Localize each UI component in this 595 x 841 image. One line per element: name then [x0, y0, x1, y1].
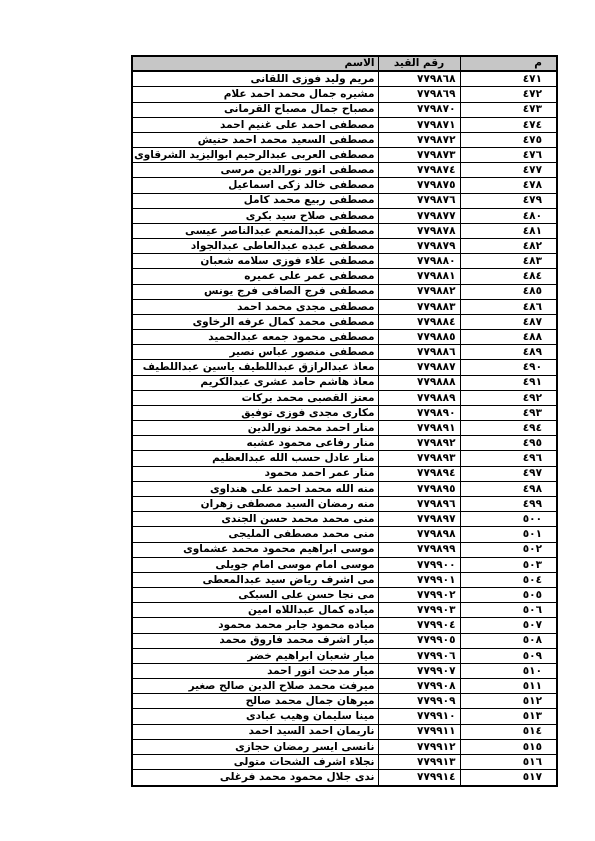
table-row: ٥٠٦٧٧٩٩٠٣مياده كمال عبداللاه امين: [132, 603, 557, 618]
registration-number-cell: ٧٧٩٨٨١: [378, 269, 460, 284]
serial-cell: ٥٠٠: [460, 512, 557, 527]
table-row: ٤٩٢٧٧٩٨٨٩معتز القصبى محمد بركات: [132, 390, 557, 405]
table-row: ٤٧٥٧٧٩٨٧٢مصطفى السعيد محمد احمد حنيش: [132, 132, 557, 147]
table-row: ٤٩٩٧٧٩٨٩٦منه رمضان السيد مصطفى زهران: [132, 496, 557, 511]
table-row: ٥٠٣٧٧٩٩٠٠موسى امام موسى امام جويلى: [132, 557, 557, 572]
name-cell: مشيره جمال محمد احمد علام: [132, 87, 378, 102]
table-row: ٤٩٧٧٧٩٨٩٤منار عمر احمد محمود: [132, 466, 557, 481]
serial-cell: ٥٠٩: [460, 648, 557, 663]
table-row: ٥١٧٧٧٩٩١٤ندى جلال محمود محمد فرغلى: [132, 770, 557, 786]
serial-cell: ٥١٢: [460, 694, 557, 709]
table-row: ٤٩٠٧٧٩٨٨٧معاذ عبدالرازق عبداللطيف ياسين …: [132, 360, 557, 375]
name-cell: مصطفى عمر على عميره: [132, 269, 378, 284]
student-roster-table: م رقم القيد الاسم ٤٧١٧٧٩٨٦٨مريم وليد فوز…: [131, 55, 558, 787]
serial-cell: ٥٠٣: [460, 557, 557, 572]
table-row: ٥١٥٧٧٩٩١٢نانسى ايسر رمضان حجازى: [132, 739, 557, 754]
registration-number-cell: ٧٧٩٨٧٤: [378, 163, 460, 178]
registration-number-cell: ٧٧٩٩٠٤: [378, 618, 460, 633]
registration-number-cell: ٧٧٩٨٧٠: [378, 102, 460, 117]
name-cell: مصطفى محمود جمعه عبدالحميد: [132, 330, 378, 345]
name-cell: نجلاء اشرف الشحات متولى: [132, 754, 378, 769]
table-row: ٤٩٦٧٧٩٨٩٣منار عادل حسب الله عبدالعظيم: [132, 451, 557, 466]
table-row: ٤٧٦٧٧٩٨٧٣مصطفى العربى عبدالرحيم ابواليزي…: [132, 148, 557, 163]
registration-number-cell: ٧٧٩٨٨٤: [378, 314, 460, 329]
name-cell: مصطفى احمد على غنيم احمد: [132, 117, 378, 132]
registration-number-cell: ٧٧٩٩١٤: [378, 770, 460, 786]
table-row: ٤٨٩٧٧٩٨٨٦مصطفى منصور عباس نصير: [132, 345, 557, 360]
serial-cell: ٥٠١: [460, 527, 557, 542]
serial-cell: ٤٨٩: [460, 345, 557, 360]
table-row: ٤٩٣٧٧٩٨٩٠مكارى مجدى فوزى توفيق: [132, 405, 557, 420]
serial-cell: ٤٧٢: [460, 87, 557, 102]
serial-cell: ٥١١: [460, 679, 557, 694]
registration-number-cell: ٧٧٩٨٨٦: [378, 345, 460, 360]
registration-number-cell: ٧٧٩٨٧١: [378, 117, 460, 132]
name-cell: منه رمضان السيد مصطفى زهران: [132, 496, 378, 511]
registration-number-cell: ٧٧٩٨٩٣: [378, 451, 460, 466]
registration-number-cell: ٧٧٩٨٧٧: [378, 208, 460, 223]
serial-cell: ٤٧٧: [460, 163, 557, 178]
header-serial: م: [460, 56, 557, 71]
registration-number-cell: ٧٧٩٨٨٨: [378, 375, 460, 390]
serial-cell: ٤٩٣: [460, 405, 557, 420]
serial-cell: ٤٩١: [460, 375, 557, 390]
table-row: ٤٧٢٧٧٩٨٦٩مشيره جمال محمد احمد علام: [132, 87, 557, 102]
registration-number-cell: ٧٧٩٨٧٢: [378, 132, 460, 147]
table-row: ٤٨٧٧٧٩٨٨٤مصطفى محمد كمال عرفه الرخاوى: [132, 314, 557, 329]
registration-number-cell: ٧٧٩٨٨٠: [378, 254, 460, 269]
registration-number-cell: ٧٧٩٨٩٧: [378, 512, 460, 527]
table-row: ٥٠٢٧٧٩٨٩٩موسى ابراهيم محمود محمد عشماوى: [132, 542, 557, 557]
name-cell: منار رفاعى محمود عشبه: [132, 436, 378, 451]
registration-number-cell: ٧٧٩٩٠٩: [378, 694, 460, 709]
serial-cell: ٥١٥: [460, 739, 557, 754]
name-cell: نانسى ايسر رمضان حجازى: [132, 739, 378, 754]
serial-cell: ٥١٤: [460, 724, 557, 739]
serial-cell: ٥٠٦: [460, 603, 557, 618]
registration-number-cell: ٧٧٩٨٦٩: [378, 87, 460, 102]
registration-number-cell: ٧٧٩٩٠٠: [378, 557, 460, 572]
header-name: الاسم: [132, 56, 378, 71]
name-cell: ندى جلال محمود محمد فرغلى: [132, 770, 378, 786]
registration-number-cell: ٧٧٩٩١٣: [378, 754, 460, 769]
name-cell: مصطفى ربيع محمد كامل: [132, 193, 378, 208]
registration-number-cell: ٧٧٩٨٧٥: [378, 178, 460, 193]
registration-number-cell: ٧٧٩٨٩٨: [378, 527, 460, 542]
table-row: ٤٩٥٧٧٩٨٩٢منار رفاعى محمود عشبه: [132, 436, 557, 451]
serial-cell: ٥٠٧: [460, 618, 557, 633]
serial-cell: ٥١٧: [460, 770, 557, 786]
serial-cell: ٤٩٩: [460, 496, 557, 511]
registration-number-cell: ٧٧٩٩٠١: [378, 572, 460, 587]
name-cell: معاذ هاشم حامد عشرى عبدالكريم: [132, 375, 378, 390]
registration-number-cell: ٧٧٩٨٨٧: [378, 360, 460, 375]
name-cell: مصطفى فرج الصافى فرج يونس: [132, 284, 378, 299]
registration-number-cell: ٧٧٩٩٠٥: [378, 633, 460, 648]
registration-number-cell: ٧٧٩٨٩٦: [378, 496, 460, 511]
header-row: م رقم القيد الاسم: [132, 56, 557, 71]
serial-cell: ٤٨٧: [460, 314, 557, 329]
serial-cell: ٤٨١: [460, 223, 557, 238]
name-cell: موسى امام موسى امام جويلى: [132, 557, 378, 572]
serial-cell: ٤٨٦: [460, 299, 557, 314]
name-cell: مريم وليد فوزى اللقانى: [132, 71, 378, 87]
table-row: ٥١٣٧٧٩٩١٠مينا سليمان وهيب عبادى: [132, 709, 557, 724]
table-row: ٤٨٢٧٧٩٨٧٩مصطفى عبده عبدالعاطى عبدالجواد: [132, 239, 557, 254]
serial-cell: ٤٩٥: [460, 436, 557, 451]
table-row: ٥٠١٧٧٩٨٩٨منى محمد مصطفى المليجى: [132, 527, 557, 542]
name-cell: مصطفى منصور عباس نصير: [132, 345, 378, 360]
name-cell: منار عادل حسب الله عبدالعظيم: [132, 451, 378, 466]
table-row: ٤٧١٧٧٩٨٦٨مريم وليد فوزى اللقانى: [132, 71, 557, 87]
name-cell: ميار شعبان ابراهيم خضر: [132, 648, 378, 663]
table-row: ٥١٠٧٧٩٩٠٧ميار مدحت انور احمد: [132, 663, 557, 678]
table-row: ٥١٢٧٧٩٩٠٩ميرهان جمال محمد صالح: [132, 694, 557, 709]
registration-number-cell: ٧٧٩٨٩١: [378, 421, 460, 436]
name-cell: معتز القصبى محمد بركات: [132, 390, 378, 405]
registration-number-cell: ٧٧٩٩١١: [378, 724, 460, 739]
name-cell: مصطفى مجدى محمد احمد: [132, 299, 378, 314]
serial-cell: ٤٧٩: [460, 193, 557, 208]
table-row: ٤٧٧٧٧٩٨٧٤مصطفى انور نورالدين مرسى: [132, 163, 557, 178]
serial-cell: ٤٨٠: [460, 208, 557, 223]
serial-cell: ٤٨٢: [460, 239, 557, 254]
registration-number-cell: ٧٧٩٨٧٣: [378, 148, 460, 163]
name-cell: موسى ابراهيم محمود محمد عشماوى: [132, 542, 378, 557]
registration-number-cell: ٧٧٩٨٩٩: [378, 542, 460, 557]
registration-number-cell: ٧٧٩٨٧٨: [378, 223, 460, 238]
registration-number-cell: ٧٧٩٩٠٨: [378, 679, 460, 694]
serial-cell: ٤٨٨: [460, 330, 557, 345]
registration-number-cell: ٧٧٩٨٩٠: [378, 405, 460, 420]
table-body: ٤٧١٧٧٩٨٦٨مريم وليد فوزى اللقانى٤٧٢٧٧٩٨٦٩…: [132, 71, 557, 786]
serial-cell: ٤٨٣: [460, 254, 557, 269]
table-row: ٥٠٧٧٧٩٩٠٤مياده محمود جابر محمد محمود: [132, 618, 557, 633]
table-header: م رقم القيد الاسم: [132, 56, 557, 71]
registration-number-cell: ٧٧٩٨٧٩: [378, 239, 460, 254]
table-row: ٤٨٤٧٧٩٨٨١مصطفى عمر على عميره: [132, 269, 557, 284]
name-cell: منار احمد محمد نورالدين: [132, 421, 378, 436]
registration-number-cell: ٧٧٩٩٠٢: [378, 588, 460, 603]
registration-number-cell: ٧٧٩٩٠٦: [378, 648, 460, 663]
name-cell: مى نجا حسن على السبكى: [132, 588, 378, 603]
table-row: ٥٠٥٧٧٩٩٠٢مى نجا حسن على السبكى: [132, 588, 557, 603]
serial-cell: ٥٠٥: [460, 588, 557, 603]
serial-cell: ٥٠٤: [460, 572, 557, 587]
serial-cell: ٤٩٤: [460, 421, 557, 436]
name-cell: مصباح جمال مصباح القرمانى: [132, 102, 378, 117]
serial-cell: ٤٧٥: [460, 132, 557, 147]
serial-cell: ٤٩٨: [460, 481, 557, 496]
serial-cell: ٥١٠: [460, 663, 557, 678]
serial-cell: ٤٧١: [460, 71, 557, 87]
name-cell: مصطفى علاء فوزى سلامه شعبان: [132, 254, 378, 269]
name-cell: منى محمد محمد حسن الجندى: [132, 512, 378, 527]
registration-number-cell: ٧٧٩٨٩٤: [378, 466, 460, 481]
serial-cell: ٤٩٠: [460, 360, 557, 375]
name-cell: مكارى مجدى فوزى توفيق: [132, 405, 378, 420]
table-row: ٤٨٨٧٧٩٨٨٥مصطفى محمود جمعه عبدالحميد: [132, 330, 557, 345]
name-cell: مصطفى انور نورالدين مرسى: [132, 163, 378, 178]
registration-number-cell: ٧٧٩٨٧٦: [378, 193, 460, 208]
name-cell: ميرهان جمال محمد صالح: [132, 694, 378, 709]
name-cell: ميرفت محمد صلاح الدين صالح صغير: [132, 679, 378, 694]
name-cell: مصطفى عبدالمنعم عبدالناصر عيسى: [132, 223, 378, 238]
table-row: ٤٧٩٧٧٩٨٧٦مصطفى ربيع محمد كامل: [132, 193, 557, 208]
table-row: ٤٧٤٧٧٩٨٧١مصطفى احمد على غنيم احمد: [132, 117, 557, 132]
table-row: ٥٠٠٧٧٩٨٩٧منى محمد محمد حسن الجندى: [132, 512, 557, 527]
name-cell: مصطفى السعيد محمد احمد حنيش: [132, 132, 378, 147]
registration-number-cell: ٧٧٩٩١٢: [378, 739, 460, 754]
serial-cell: ٥١٣: [460, 709, 557, 724]
registration-number-cell: ٧٧٩٨٩٥: [378, 481, 460, 496]
name-cell: ميار مدحت انور احمد: [132, 663, 378, 678]
name-cell: مصطفى خالد زكى اسماعيل: [132, 178, 378, 193]
name-cell: منه الله محمد احمد على هنداوى: [132, 481, 378, 496]
table-row: ٤٧٨٧٧٩٨٧٥مصطفى خالد زكى اسماعيل: [132, 178, 557, 193]
header-registration-number: رقم القيد: [378, 56, 460, 71]
registration-number-cell: ٧٧٩٨٩٢: [378, 436, 460, 451]
name-cell: مياده كمال عبداللاه امين: [132, 603, 378, 618]
name-cell: مى اشرف رياض سيد عبدالمعطى: [132, 572, 378, 587]
table-row: ٤٩٤٧٧٩٨٩١منار احمد محمد نورالدين: [132, 421, 557, 436]
serial-cell: ٤٩٧: [460, 466, 557, 481]
table-row: ٥٠٤٧٧٩٩٠١مى اشرف رياض سيد عبدالمعطى: [132, 572, 557, 587]
serial-cell: ٤٩٢: [460, 390, 557, 405]
name-cell: مصطفى صلاح سيد بكرى: [132, 208, 378, 223]
serial-cell: ٤٩٦: [460, 451, 557, 466]
table-row: ٤٨٠٧٧٩٨٧٧مصطفى صلاح سيد بكرى: [132, 208, 557, 223]
table-row: ٥١٤٧٧٩٩١١ناريمان احمد السيد احمد: [132, 724, 557, 739]
table-row: ٥١١٧٧٩٩٠٨ميرفت محمد صلاح الدين صالح صغير: [132, 679, 557, 694]
registration-number-cell: ٧٧٩٩١٠: [378, 709, 460, 724]
table-row: ٥٠٨٧٧٩٩٠٥ميار اشرف محمد فاروق محمد: [132, 633, 557, 648]
name-cell: منار عمر احمد محمود: [132, 466, 378, 481]
registration-number-cell: ٧٧٩٨٨٢: [378, 284, 460, 299]
table-row: ٤٨٥٧٧٩٨٨٢مصطفى فرج الصافى فرج يونس: [132, 284, 557, 299]
serial-cell: ٥٠٢: [460, 542, 557, 557]
serial-cell: ٤٧٦: [460, 148, 557, 163]
name-cell: مصطفى محمد كمال عرفه الرخاوى: [132, 314, 378, 329]
registration-number-cell: ٧٧٩٨٨٩: [378, 390, 460, 405]
registration-number-cell: ٧٧٩٨٨٥: [378, 330, 460, 345]
name-cell: منى محمد مصطفى المليجى: [132, 527, 378, 542]
table-row: ٥١٦٧٧٩٩١٣نجلاء اشرف الشحات متولى: [132, 754, 557, 769]
name-cell: معاذ عبدالرازق عبداللطيف ياسين عبداللطيف: [132, 360, 378, 375]
table-row: ٤٨٣٧٧٩٨٨٠مصطفى علاء فوزى سلامه شعبان: [132, 254, 557, 269]
table-row: ٤٩٨٧٧٩٨٩٥منه الله محمد احمد على هنداوى: [132, 481, 557, 496]
serial-cell: ٤٧٨: [460, 178, 557, 193]
serial-cell: ٤٧٣: [460, 102, 557, 117]
serial-cell: ٤٨٤: [460, 269, 557, 284]
name-cell: مصطفى عبده عبدالعاطى عبدالجواد: [132, 239, 378, 254]
table-row: ٥٠٩٧٧٩٩٠٦ميار شعبان ابراهيم خضر: [132, 648, 557, 663]
name-cell: ناريمان احمد السيد احمد: [132, 724, 378, 739]
serial-cell: ٥٠٨: [460, 633, 557, 648]
table-row: ٤٩١٧٧٩٨٨٨معاذ هاشم حامد عشرى عبدالكريم: [132, 375, 557, 390]
table-row: ٤٧٣٧٧٩٨٧٠مصباح جمال مصباح القرمانى: [132, 102, 557, 117]
name-cell: ميار اشرف محمد فاروق محمد: [132, 633, 378, 648]
table-row: ٤٨١٧٧٩٨٧٨مصطفى عبدالمنعم عبدالناصر عيسى: [132, 223, 557, 238]
serial-cell: ٤٨٥: [460, 284, 557, 299]
table-row: ٤٨٦٧٧٩٨٨٣مصطفى مجدى محمد احمد: [132, 299, 557, 314]
registration-number-cell: ٧٧٩٨٨٣: [378, 299, 460, 314]
serial-cell: ٤٧٤: [460, 117, 557, 132]
name-cell: مينا سليمان وهيب عبادى: [132, 709, 378, 724]
name-cell: مياده محمود جابر محمد محمود: [132, 618, 378, 633]
name-cell: مصطفى العربى عبدالرحيم ابواليزيد الشرقاو…: [132, 148, 378, 163]
registration-number-cell: ٧٧٩٨٦٨: [378, 71, 460, 87]
registration-number-cell: ٧٧٩٩٠٧: [378, 663, 460, 678]
registration-number-cell: ٧٧٩٩٠٣: [378, 603, 460, 618]
serial-cell: ٥١٦: [460, 754, 557, 769]
